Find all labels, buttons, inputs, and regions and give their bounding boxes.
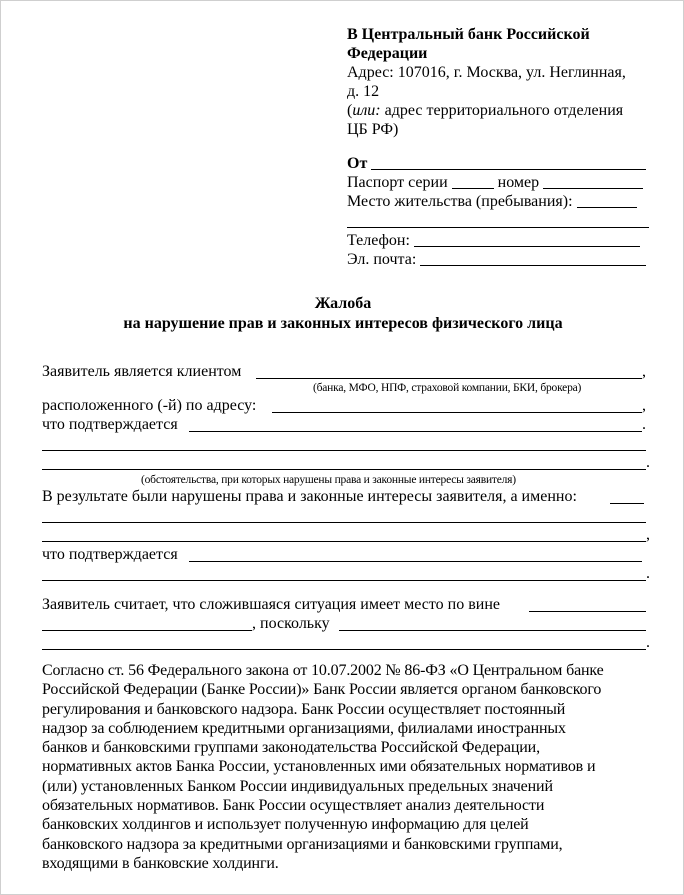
violated-field-line2[interactable] <box>42 522 646 523</box>
circumstances-hint: (обстоятельства, при которых нарушены пр… <box>141 473 516 487</box>
document-page: В Центральный банк Российской Федерации … <box>0 0 684 895</box>
from-label: От <box>347 155 367 172</box>
addressee-alt-line2: ЦБ РФ) <box>347 120 398 139</box>
document-subtitle: на нарушение прав и законных интересов ф… <box>1 314 684 333</box>
confirmed-2-period: . <box>646 564 650 583</box>
legal-paragraph: Согласно ст. 56 Федерального закона от 1… <box>42 661 652 873</box>
addressee-address: Адрес: 107016, г. Москва, ул. Неглинная, <box>347 63 626 82</box>
legal-line: регулирования и банковского надзора. Бан… <box>42 700 652 719</box>
because-period: . <box>646 633 650 652</box>
confirmed-field-2[interactable] <box>189 561 642 562</box>
passport-series-field[interactable] <box>452 174 494 189</box>
legal-line: банковских холдингов и использует получе… <box>42 815 652 834</box>
passport-number-field[interactable] <box>543 174 643 189</box>
located-field[interactable] <box>272 412 642 413</box>
from-field[interactable] <box>371 155 646 170</box>
circumstances-period: . <box>646 453 650 472</box>
violated-field-line3[interactable] <box>42 541 646 542</box>
passport-series-label: Паспорт серии <box>347 174 448 191</box>
legal-line: входящими в банковские холдинги. <box>42 854 652 873</box>
phone-row: Телефон: <box>347 231 640 250</box>
addressee-alt: (или: адрес территориального отделения <box>347 101 623 120</box>
legal-line: нормативных актов Банка России, установл… <box>42 757 652 776</box>
sender-from-row: От <box>347 154 646 173</box>
legal-line: (или) установленных Банком России индиви… <box>42 777 652 796</box>
document-title: Жалоба <box>1 294 684 313</box>
fault-label: Заявитель считает, что сложившаяся ситуа… <box>42 595 500 614</box>
alt-rest: адрес территориального отделения <box>381 102 623 119</box>
fault-field[interactable] <box>529 611 646 612</box>
passport-row: Паспорт серии номер <box>347 173 643 192</box>
violated-label: В результате были нарушены права и закон… <box>42 487 577 506</box>
legal-line: обязательных нормативов. Банк России осу… <box>42 796 652 815</box>
because-field[interactable] <box>339 630 646 631</box>
confirmed-label: что подтверждается <box>42 415 178 434</box>
legal-line: Российской Федерации (Банке России)» Бан… <box>42 680 652 699</box>
confirmed-period: . <box>642 415 646 434</box>
addressee-line2: Федерации <box>347 44 427 63</box>
fault-field-line2[interactable] <box>42 630 252 631</box>
residence-row: Место жительства (пребывания): <box>347 192 637 211</box>
because-label: , поскольку <box>252 614 330 633</box>
violated-field[interactable] <box>610 503 644 504</box>
legal-line: надзор за соблюдением кредитными организ… <box>42 719 652 738</box>
confirmed-field[interactable] <box>189 431 642 432</box>
client-comma: , <box>642 362 646 381</box>
phone-field[interactable] <box>414 232 640 247</box>
addressee-address-line2: д. 12 <box>347 82 379 101</box>
residence-label: Место жительства (пребывания): <box>347 193 573 210</box>
email-row: Эл. почта: <box>347 250 646 269</box>
because-field-line2[interactable] <box>42 649 646 650</box>
passport-number-label: номер <box>498 174 539 191</box>
legal-line: Согласно ст. 56 Федерального закона от 1… <box>42 661 652 680</box>
confirmed-label-2: что подтверждается <box>42 545 178 564</box>
addressee-line1: В Центральный банк Российской <box>347 25 590 44</box>
confirmed-field-2-line2[interactable] <box>42 580 646 581</box>
residence-field[interactable] <box>577 193 637 208</box>
client-field[interactable] <box>256 378 642 379</box>
circumstances-field-line1[interactable] <box>42 450 646 451</box>
client-hint: (банка, МФО, НПФ, страховой компании, БК… <box>313 381 581 395</box>
residence-field-line2[interactable] <box>347 227 649 228</box>
email-label: Эл. почта: <box>347 251 416 268</box>
violated-comma: , <box>646 525 650 544</box>
email-field[interactable] <box>420 251 646 266</box>
legal-line: банков и банковскими группами законодате… <box>42 738 652 757</box>
alt-italic: или: <box>352 102 380 119</box>
located-comma: , <box>642 396 646 415</box>
legal-line: банковского надзора за кредитными органи… <box>42 835 652 854</box>
phone-label: Телефон: <box>347 232 410 249</box>
client-label: Заявитель является клиентом <box>42 362 241 381</box>
circumstances-field-line2[interactable] <box>42 469 646 470</box>
located-label: расположенного (-й) по адресу: <box>42 396 256 415</box>
